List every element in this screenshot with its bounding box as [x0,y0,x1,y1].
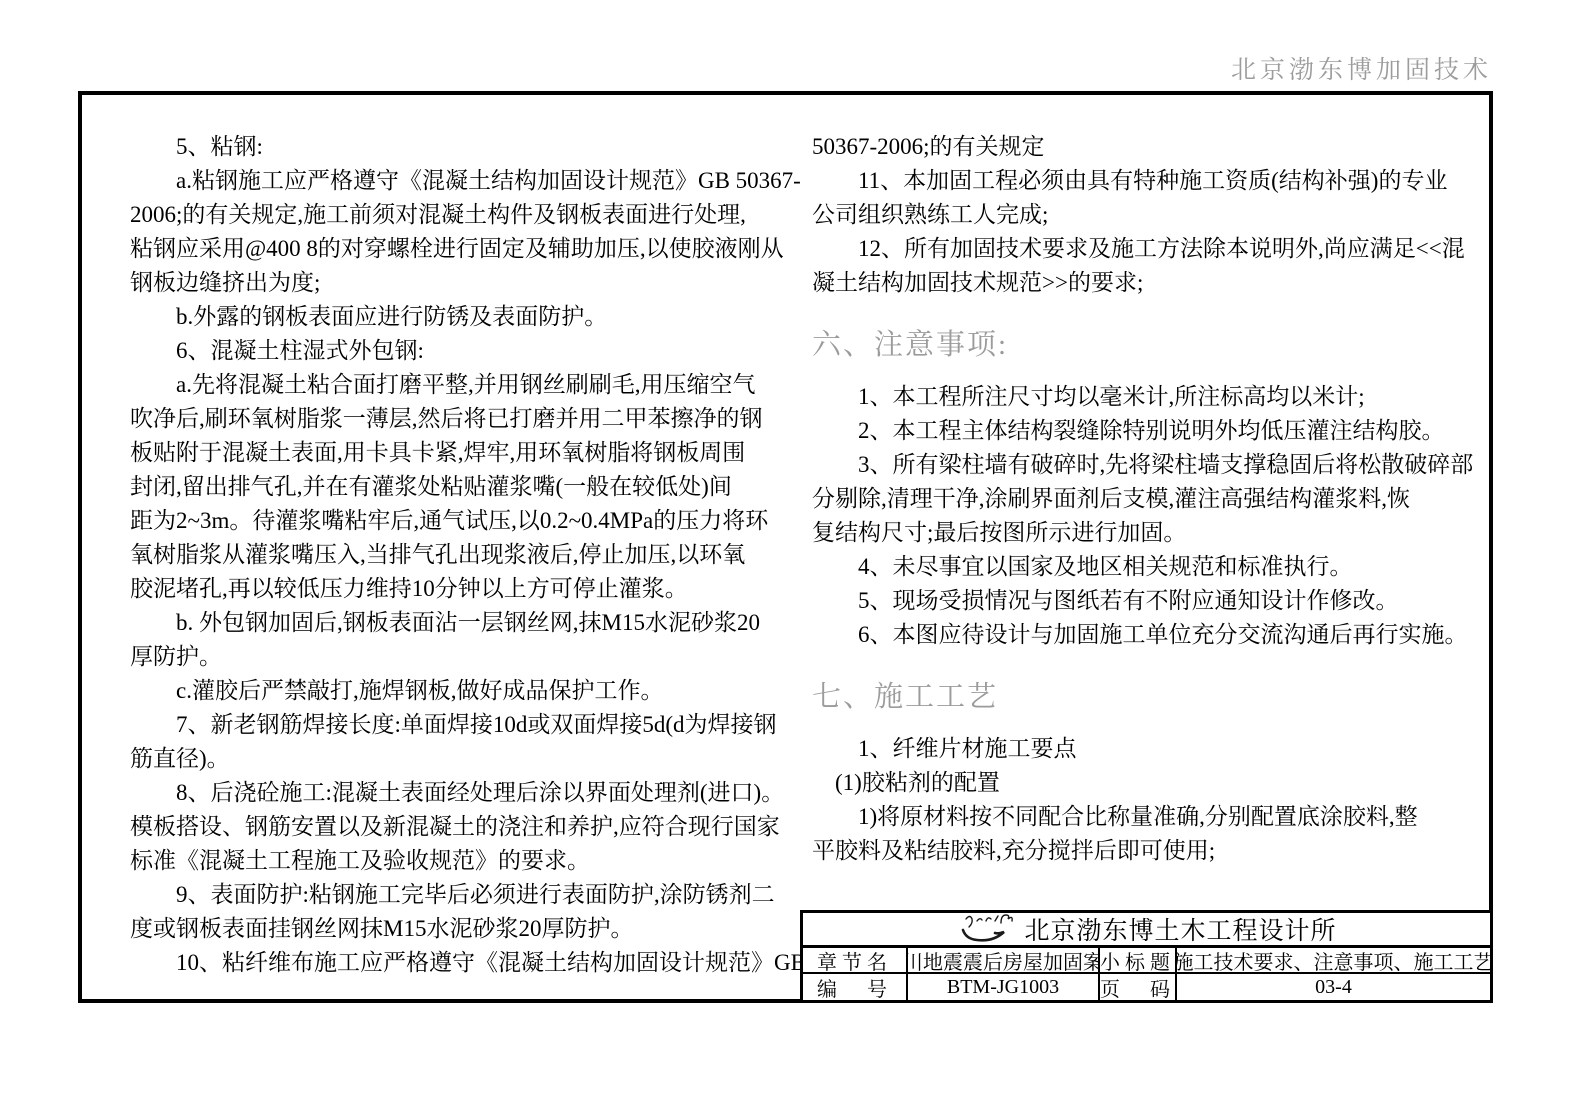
text-line: 厚防护。 [130,640,790,674]
text-line: 封闭,留出排气孔,并在有灌浆处粘贴灌浆嘴(一般在较低处)间 [130,470,790,504]
text-line: a.先将混凝土粘合面打磨平整,并用钢丝刷刷毛,用压缩空气 [130,368,790,402]
page-label: 页 码 [1100,974,1177,1000]
text-line: 50367-2006;的有关规定 [812,130,1472,164]
text-line: a.粘钢施工应严格遵守《混凝土结构加固设计规范》GB 50367- [130,164,790,198]
number-label: 编 号 [803,974,908,1000]
chapter-value: 汶川地震震后房屋加固案例 [908,948,1100,974]
page-value: 03-4 [1177,974,1490,1000]
text-line: 板贴附于混凝土表面,用卡具卡紧,焊牢,用环氧树脂将钢板周围 [130,436,790,470]
text-line: 2、本工程主体结构裂缝除特别说明外均低压灌注结构胶。 [812,414,1472,448]
text-line: 平胶料及粘结胶料,充分搅拌后即可使用; [812,834,1472,868]
text-line: 胶泥堵孔,再以较低压力维持10分钟以上方可停止灌浆。 [130,572,790,606]
text-line: 12、所有加固技术要求及施工方法除本说明外,尚应满足<<混 [812,232,1472,266]
title-block-header: 北京渤东博土木工程设计所 [803,913,1490,948]
chapter-label: 章节名 [803,948,908,974]
text-line: 1、纤维片材施工要点 [812,732,1472,766]
text-line: 6、本图应待设计与加固施工单位充分交流沟通后再行实施。 [812,618,1472,652]
text-line: 粘钢应采用@400 8的对穿螺栓进行固定及辅助加压,以使胶液刚从 [130,232,790,266]
company-name: 北京渤东博土木工程设计所 [1024,911,1336,947]
text-line: 10、粘纤维布施工应严格遵守《混凝土结构加固设计规范》GB [130,946,790,980]
text-line: 模板搭设、钢筋安置以及新混凝土的浇注和养护,应符合现行国家 [130,810,790,844]
left-text-column: 5、粘钢: a.粘钢施工应严格遵守《混凝土结构加固设计规范》GB 50367- … [130,130,790,980]
text-line: 5、粘钢: [130,130,790,164]
text-line: 分剔除,清理干净,涂刷界面剂后支模,灌注高强结构灌浆料,恢 [812,482,1472,516]
text-line: b. 外包钢加固后,钢板表面沾一层钢丝网,抹M15水泥砂浆20 [130,606,790,640]
text-line: 7、新老钢筋焊接长度:单面焊接10d或双面焊接5d(d为焊接钢 [130,708,790,742]
title-block: 北京渤东博土木工程设计所 章节名 汶川地震震后房屋加固案例 小标题 施工技术要求… [800,910,1493,1003]
text-line: 6、混凝土柱湿式外包钢: [130,334,790,368]
text-line: 度或钢板表面挂钢丝网抹M15水泥砂浆20厚防护。 [130,912,790,946]
text-line: 复结构尺寸;最后按图所示进行加固。 [812,516,1472,550]
text-line: 氧树脂浆从灌浆嘴压入,当排气孔出现浆液后,停止加压,以环氧 [130,538,790,572]
text-line: 8、后浇砼施工:混凝土表面经处理后涂以界面处理剂(进口)。 [130,776,790,810]
subtitle-label: 小标题 [1100,948,1177,974]
text-line: 9、表面防护:粘钢施工完毕后必须进行表面防护,涂防锈剂二 [130,878,790,912]
text-line: (1)胶粘剂的配置 [812,766,1472,800]
right-text-column: 50367-2006;的有关规定 11、本加固工程必须由具有特种施工资质(结构补… [812,130,1472,868]
text-line: 11、本加固工程必须由具有特种施工资质(结构补强)的专业 [812,164,1472,198]
subtitle-value: 施工技术要求、注意事项、施工工艺 [1177,948,1490,974]
text-line: 吹净后,刷环氧树脂浆一薄层,然后将已打磨并用二甲苯擦净的钢 [130,402,790,436]
text-line: 标准《混凝土工程施工及验收规范》的要求。 [130,844,790,878]
text-line: c.灌胶后严禁敲打,施焊钢板,做好成品保护工作。 [130,674,790,708]
text-line: b.外露的钢板表面应进行防锈及表面防护。 [130,300,790,334]
text-line: 公司组织熟练工人完成; [812,198,1472,232]
section-heading-notes: 六、注意事项: [812,324,1472,366]
corner-header-title: 北京渤东博加固技术 [1231,50,1492,86]
text-line: 4、未尽事宜以国家及地区相关规范和标准执行。 [812,550,1472,584]
text-line: 凝土结构加固技术规范>>的要求; [812,266,1472,300]
section-heading-process: 七、施工工艺 [812,676,1472,718]
text-line: 5、现场受损情况与图纸若有不附应通知设计作修改。 [812,584,1472,618]
document-page: 北京渤东博加固技术 5、粘钢: a.粘钢施工应严格遵守《混凝土结构加固设计规范》… [0,0,1571,1098]
text-line: 3、所有梁柱墙有破碎时,先将梁柱墙支撑稳固后将松散破碎部 [812,448,1472,482]
text-line: 距为2~3m。待灌浆嘴粘牢后,通气试压,以0.2~0.4MPa的压力将环 [130,504,790,538]
number-value: BTM-JG1003 [908,974,1100,1000]
text-line: 2006;的有关规定,施工前须对混凝土构件及钢板表面进行处理, [130,198,790,232]
text-line: 筋直径)。 [130,742,790,776]
text-line: 1、本工程所注尺寸均以毫米计,所注标高均以米计; [812,380,1472,414]
text-line: 1)将原材料按不同配合比称量准确,分别配置底涂胶料,整 [812,800,1472,834]
title-block-grid: 章节名 汶川地震震后房屋加固案例 小标题 施工技术要求、注意事项、施工工艺 编 … [803,948,1490,1000]
text-line: 钢板边缝挤出为度; [130,266,790,300]
company-signature-icon [956,913,1014,945]
